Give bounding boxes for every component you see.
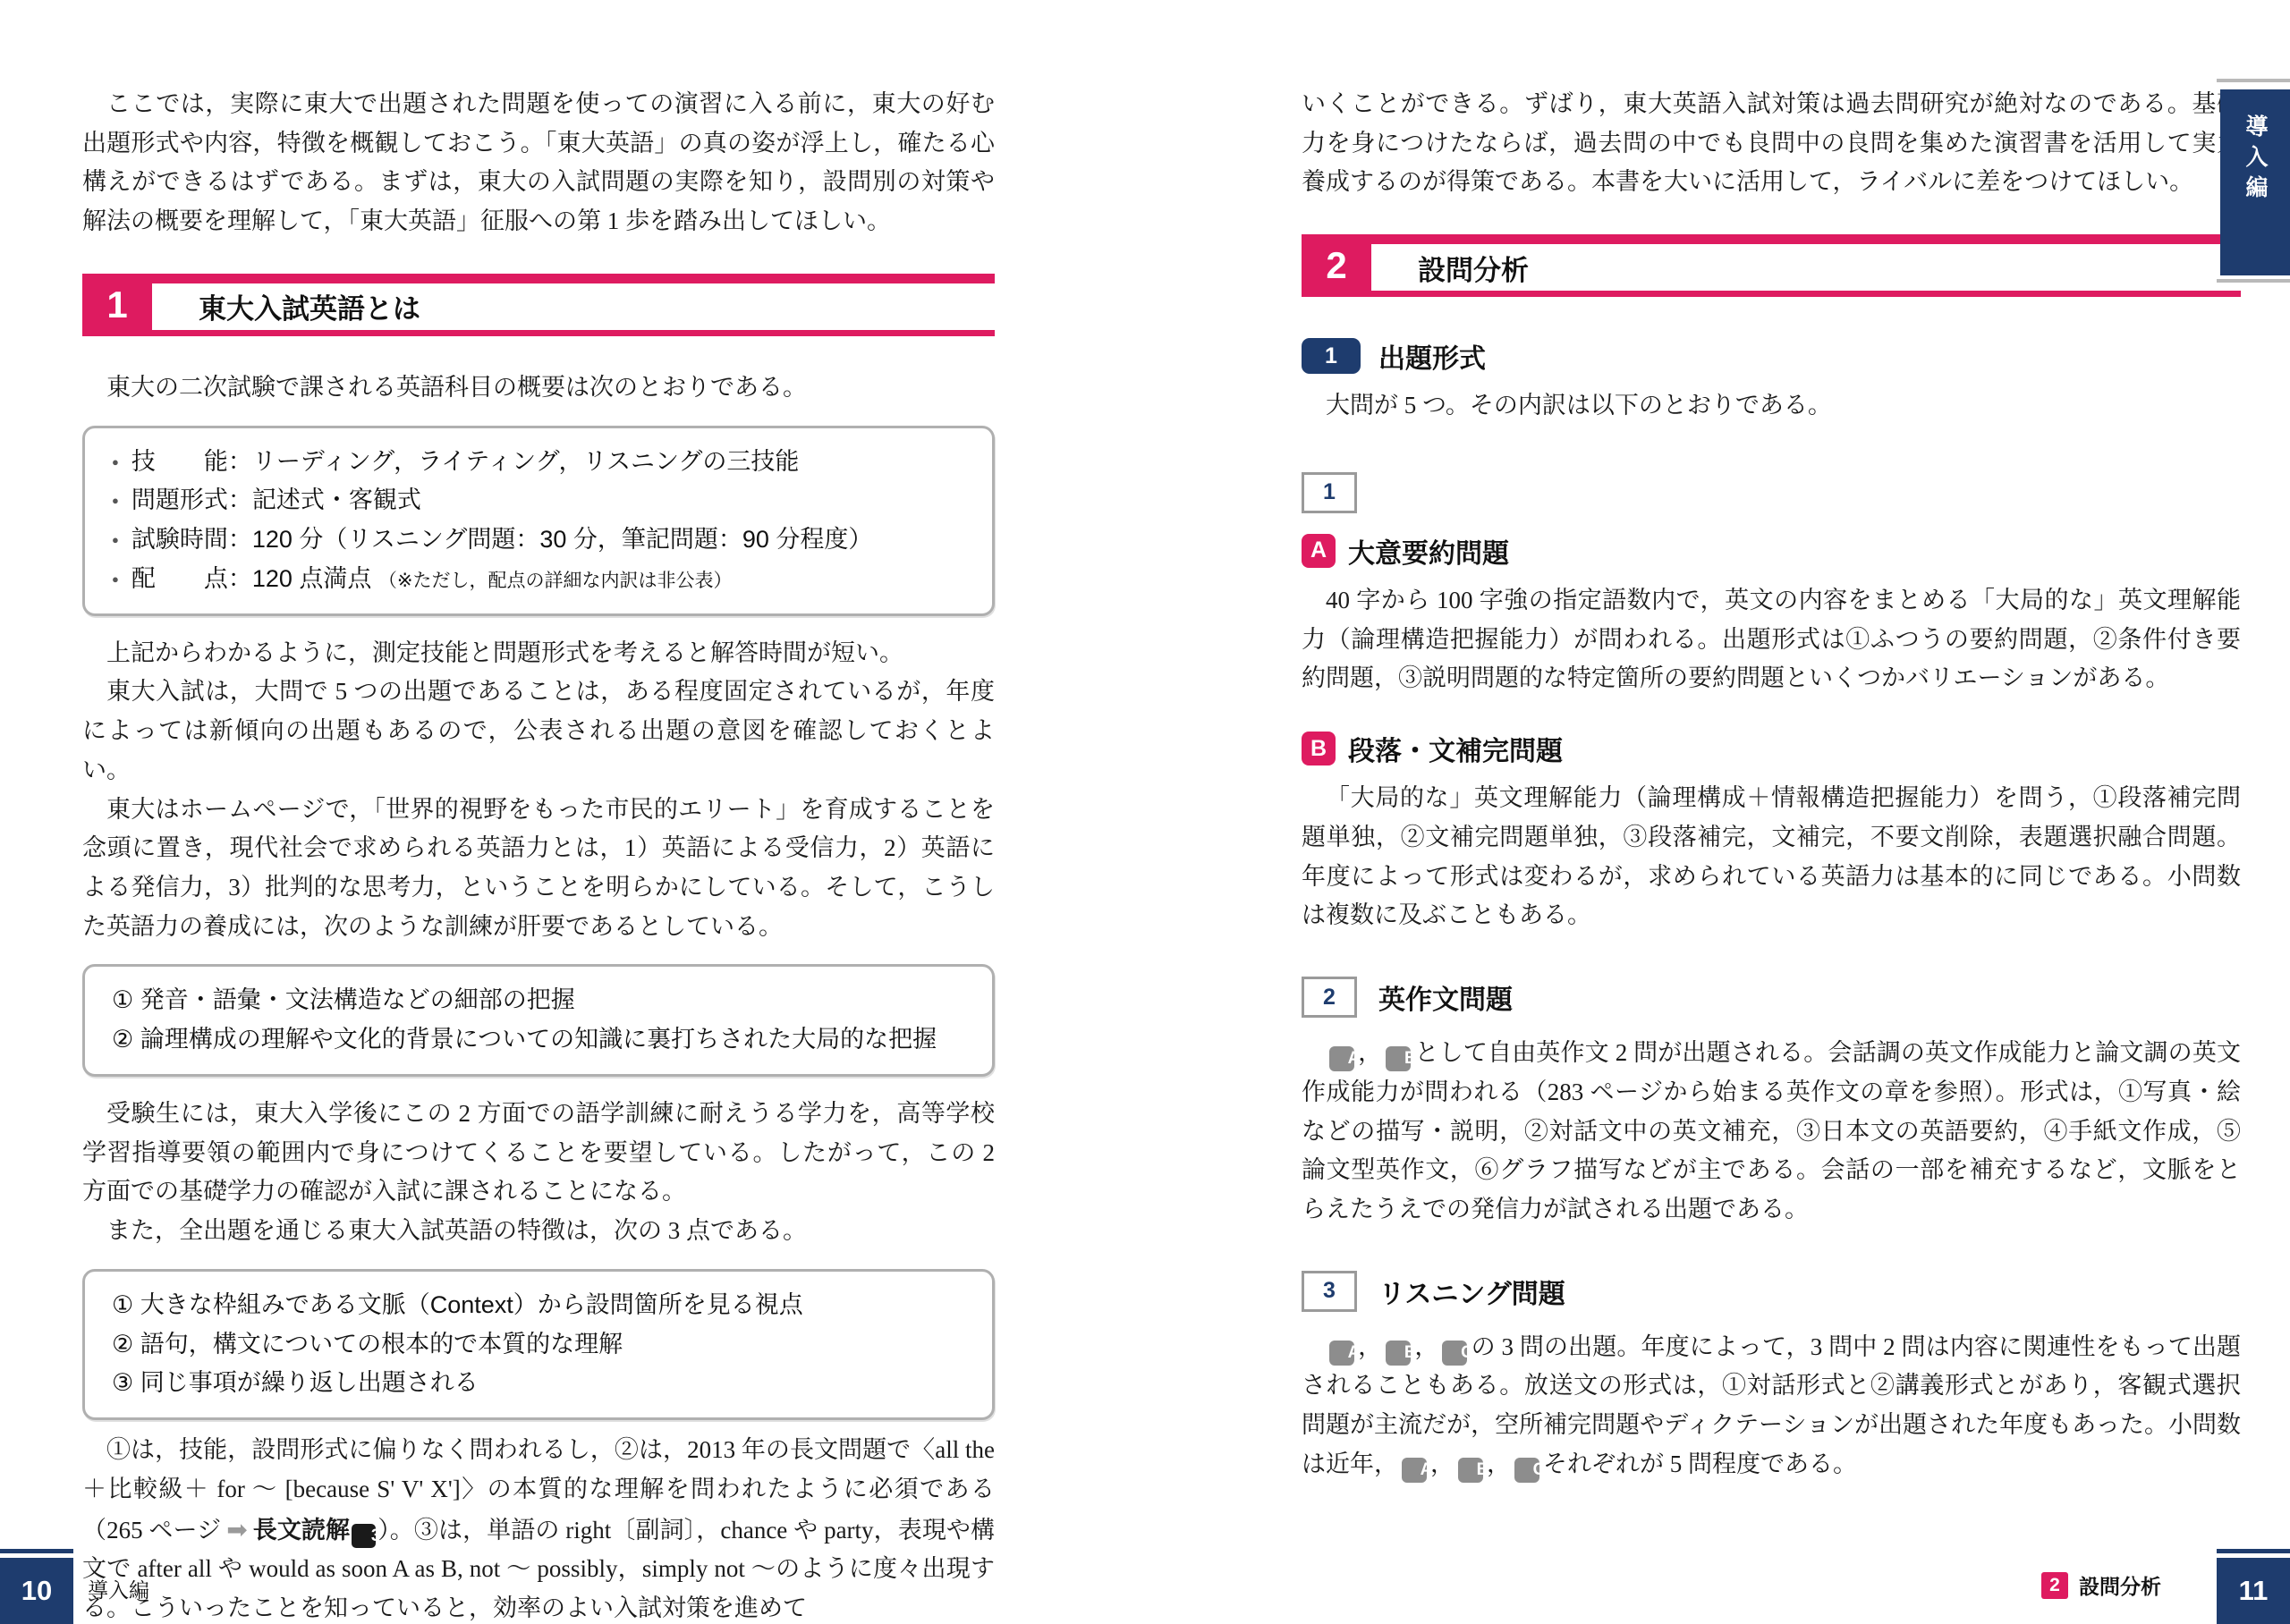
right-footer-section-badge: 2 [2041,1572,2068,1599]
text-segment: それぞれが 5 問程度である。 [1543,1451,1857,1477]
inline-letter-badge: C [1514,1458,1539,1483]
section-1-banner: 1 東大入試英語とは [82,274,995,336]
small-note: （※ただし，配点の詳細な内訳は非公表） [378,571,733,591]
text-segment: ③ 同じ事項が繰り返し出題される [112,1369,479,1396]
right-footer-section-label: 設問分析 [2079,1570,2161,1600]
subsection-title: 出題形式 [1378,336,1486,376]
paragraph-format: 東大入試は，大問で 5 つの出題であることは，ある程度固定されているが，年度によ… [82,672,995,790]
subsection-number-badge: 1 [1302,338,1361,374]
text-segment: ， [1487,1451,1511,1477]
part-a-header: A 大意要約問題 [1302,531,2241,571]
overview-lead-paragraph: 東大の二次試験で課される英語科目の概要は次のとおりである。 [82,368,995,408]
bold-label: 長文読解 [253,1517,350,1544]
left-footer-label: 導入編 [88,1574,149,1603]
question-2-header: 2 英作文問題 [1302,977,2241,1018]
chapter-tab-rule-top [2217,79,2290,82]
page-right: いくことができる。ずばり，東大英語入試対策は過去問研究が絶対なのである。基礎力を… [1302,85,2241,1484]
list-item: ① 発音・語彙・文法構造などの細部の把握 [112,981,965,1020]
part-b-badge: B [1302,732,1336,765]
chapter-tab-rule-bottom [2217,279,2290,283]
question-1-number-box: 1 [1302,472,1357,513]
text-segment: 問題形式：記述式・客観式 [131,486,421,513]
list-item: 試験時間：120 分（リスニング問題：30 分，筆記問題：90 分程度） [112,520,965,560]
text-segment: 技 能：リーディング，ライティング，リスニングの三技能 [131,448,800,475]
section-2-title: 設問分析 [1371,244,2241,291]
part-b-title: 段落・文補完問題 [1348,729,1563,768]
text-segment: ① 発音・語彙・文法構造などの細部の把握 [112,986,575,1013]
text-segment: ， [1430,1451,1455,1477]
page-left: ここでは，実際に東大で出題された問題を使っての演習に入る前に，東大の好む出題形式… [82,85,995,1624]
list-item: ② 論理構成の理解や文化的背景についての知識に裏打ちされた大局的な把握 [112,1020,965,1060]
text-segment: ， [1358,1039,1382,1066]
part-b-header: B 段落・文補完問題 [1302,729,2241,768]
chapter-tab-label: 導入編 [2239,114,2271,275]
text-segment: ， [1414,1333,1438,1360]
left-page-number-box: 10 [0,1558,73,1624]
part-a-body: 40 字から 100 字強の指定語数内で，英文の内容をまとめる「大局的な」英文理… [1302,581,2241,698]
list-item: 技 能：リーディング，ライティング，リスニングの三技能 [112,443,965,482]
list-item: 問題形式：記述式・客観式 [112,481,965,520]
right-footer-section: 2 設問分析 [2041,1570,2161,1600]
reading-ref-badge: 3 [352,1524,376,1548]
left-intro-paragraph: ここでは，実際に東大で出題された問題を使っての演習に入る前に，東大の好む出題形式… [82,85,995,241]
inline-letter-badge: A [1329,1046,1354,1071]
text-segment: として自由英作文 2 問が出題される。会話調の英文作成能力と論文調の英文作成能力… [1302,1039,2241,1222]
question-3-number-box: 3 [1302,1271,1357,1312]
left-page-number-rule [0,1549,73,1553]
list-item: ① 大きな枠組みである文脈（Context）から設問箇所を見る視点 [112,1286,965,1325]
part-b-body: 「大局的な」英文理解能力（論理構成＋情報構造把握能力）を問う，①段落補完問題単独… [1302,779,2241,935]
section-2-banner: 2 設問分析 [1302,234,2241,297]
chapter-tab: 導入編 [2220,89,2290,275]
text-segment: ① 大きな枠組みである文脈（Context）から設問箇所を見る視点 [112,1291,803,1318]
part-a-badge: A [1302,534,1336,568]
section-1-number: 1 [82,274,152,336]
question-2-title: 英作文問題 [1378,977,1513,1017]
closing-paragraph: ①は，技能，設問形式に偏りなく問われるし，②は，2013 年の長文問題で〈all… [82,1431,995,1624]
right-page-number-box: 11 [2217,1558,2290,1624]
arrow-right-icon: ➡ [226,1515,247,1544]
right-page-number-rule [2217,1549,2290,1553]
training-box: ① 発音・語彙・文法構造などの細部の把握② 論理構成の理解や文化的背景についての… [82,964,995,1076]
question-3-body: A，B，Cの 3 問の出題。年度によって，3 問中 2 問は内容に関連性をもって… [1302,1328,2241,1484]
text-segment: ， [1358,1333,1382,1360]
question-3-header: 3 リスニング問題 [1302,1271,2241,1312]
part-a-title: 大意要約問題 [1348,531,1509,571]
book-spread: ここでは，実際に東大で出題された問題を使っての演習に入る前に，東大の好む出題形式… [0,0,2290,1624]
section-2-number: 2 [1302,234,1371,297]
exam-overview-box: 技 能：リーディング，ライティング，リスニングの三技能問題形式：記述式・客観式試… [82,426,995,616]
question-3-title: リスニング問題 [1378,1272,1565,1311]
text-segment: ② 論理構成の理解や文化的背景についての知識に裏打ちされた大局的な把握 [112,1026,937,1053]
question-2-number-box: 2 [1302,977,1357,1018]
section-1-title: 東大入試英語とは [152,283,995,330]
list-item: 配 点：120 点満点 （※ただし，配点の詳細な内訳は非公表） [112,560,965,599]
inline-letter-badge: A [1329,1341,1354,1366]
paragraph-features-lead: また，全出題を通じる東大入試英語の特徴は，次の 3 点である。 [82,1212,995,1251]
inline-letter-badge: B [1386,1341,1411,1366]
right-intro-paragraph: いくことができる。ずばり，東大英語入試対策は過去問研究が絶対なのである。基礎力を… [1302,85,2241,202]
list-item: ② 語句，構文についての根本的で本質的な理解 [112,1325,965,1365]
subsection-header: 1 出題形式 [1302,336,2241,376]
subsection-lead: 大問が 5 つ。その内訳は以下のとおりである。 [1302,386,2241,426]
inline-letter-badge: C [1442,1341,1467,1366]
features-box: ① 大きな枠組みである文脈（Context）から設問箇所を見る視点② 語句，構文… [82,1269,995,1420]
text-segment: ② 語句，構文についての根本的で本質的な理解 [112,1331,623,1358]
inline-letter-badge: A [1402,1458,1427,1483]
paragraph-students: 受験生には，東大入学後にこの 2 方面での語学訓練に耐えうる学力を，高等学校学習… [82,1095,995,1212]
paragraph-time: 上記からわかるように，測定技能と問題形式を考えると解答時間が短い。 [82,634,995,673]
question-2-body: A，Bとして自由英作文 2 問が出題される。会話調の英文作成能力と論文調の英文作… [1302,1034,2241,1230]
paragraph-homepage: 東大はホームページで，「世界的視野をもった市民的エリート」を育成することを念頭に… [82,791,995,947]
text-segment: 試験時間：120 分（リスニング問題：30 分，筆記問題：90 分程度） [131,526,873,553]
inline-letter-badge: B [1458,1458,1483,1483]
list-item: ③ 同じ事項が繰り返し出題される [112,1364,965,1403]
text-segment: 配 点：120 点満点 [131,565,378,592]
inline-letter-badge: B [1386,1046,1411,1071]
